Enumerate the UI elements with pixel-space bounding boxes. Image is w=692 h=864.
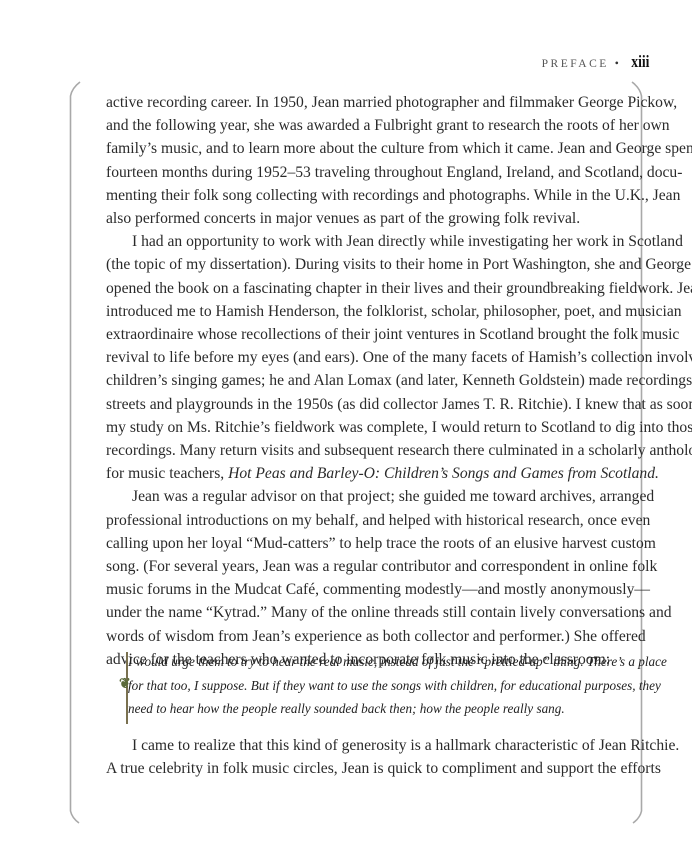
text-line: words of wisdom from Jean’s experience a…: [106, 625, 637, 648]
text-line: children’s singing games; he and Alan Lo…: [106, 369, 637, 392]
closing-paragraph: I came to realize that this kind of gene…: [106, 734, 637, 780]
text-line: extraordinaire whose recollections of th…: [106, 323, 637, 346]
text-line: opened the book on a fascinating chapter…: [106, 277, 637, 300]
text-line: fourteen months during 1952–53 traveling…: [106, 161, 637, 184]
body-text: active recording career. In 1950, Jean m…: [106, 91, 637, 671]
text-line: A true celebrity in folk music circles, …: [106, 757, 637, 780]
text-line: professional introductions on my behalf,…: [106, 509, 637, 532]
book-title: Hot Peas and Barley-O: Children’s Songs …: [228, 465, 659, 482]
quote-line: need to hear how the people really sound…: [128, 697, 628, 721]
text-line: streets and playgrounds in the 1950s (as…: [106, 393, 637, 416]
text-line: recordings. Many return visits and subse…: [106, 439, 637, 462]
text-line: active recording career. In 1950, Jean m…: [106, 91, 637, 114]
text-line: Jean was a regular advisor on that proje…: [106, 485, 637, 508]
blockquote: I would urge them to try to hear the rea…: [128, 650, 628, 721]
text-line: I had an opportunity to work with Jean d…: [106, 230, 637, 253]
text-line: menting their folk song collecting with …: [106, 184, 637, 207]
quote-line: for that too, I suppose. But if they wan…: [128, 674, 628, 698]
text-line: I came to realize that this kind of gene…: [106, 734, 637, 757]
quote-line: I would urge them to try to hear the rea…: [128, 650, 628, 674]
text-line: my study on Ms. Ritchie’s fieldwork was …: [106, 416, 637, 439]
paragraph-1: active recording career. In 1950, Jean m…: [106, 91, 637, 230]
paragraph-2: I had an opportunity to work with Jean d…: [106, 230, 637, 485]
text-line: music forums in the Mudcat Café, comment…: [106, 578, 637, 601]
text-line: revival to life before my eyes (and ears…: [106, 346, 637, 369]
text-line: for music teachers, Hot Peas and Barley-…: [106, 462, 637, 485]
text-line: family’s music, and to learn more about …: [106, 137, 637, 160]
paragraph-3: Jean was a regular advisor on that proje…: [106, 485, 637, 671]
text-line: (the topic of my dissertation). During v…: [106, 253, 637, 276]
text-line: under the name “Kytrad.” Many of the onl…: [106, 601, 637, 624]
text-line: introduced me to Hamish Henderson, the f…: [106, 300, 637, 323]
text-line: calling upon her loyal “Mud-catters” to …: [106, 532, 637, 555]
text-line: song. (For several years, Jean was a reg…: [106, 555, 637, 578]
text-line: also performed concerts in major venues …: [106, 207, 637, 230]
text-fragment: for music teachers,: [106, 465, 228, 482]
text-line: and the following year, she was awarded …: [106, 114, 637, 137]
